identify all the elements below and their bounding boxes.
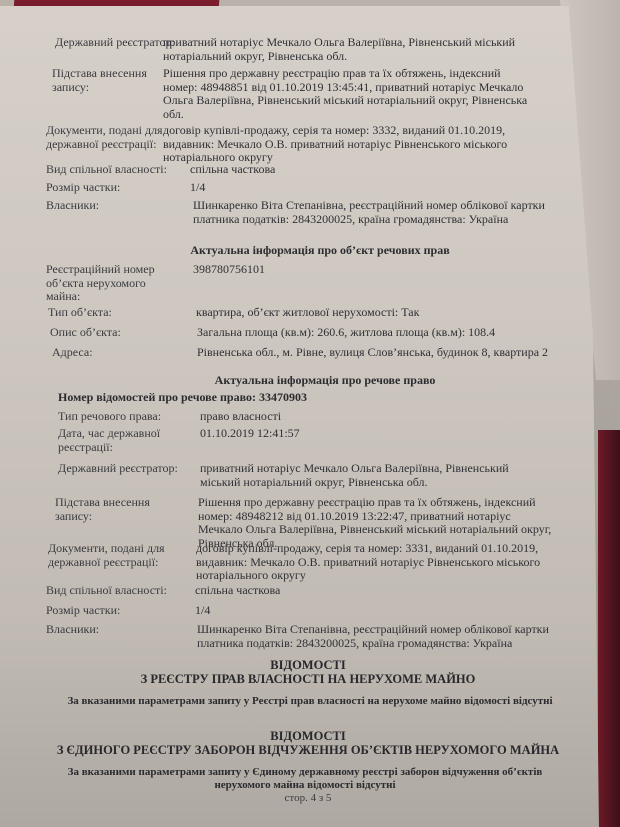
field-label: Державний реєстратор: (55, 36, 175, 50)
field-value: квартира, об’єкт житлової нерухомості: Т… (196, 306, 596, 320)
field-value: Рішення про державну реєстрацію прав та … (163, 67, 538, 121)
field-value: приватний нотаріус Мечкало Ольга Валерії… (163, 36, 523, 63)
field-label: Документи, подані для державної реєстрац… (48, 542, 176, 569)
object-section-title: Актуальна інформація про об’єкт речових … (20, 243, 620, 258)
field-label: Розмір частки: (46, 181, 166, 195)
field-value: спільна часткова (195, 584, 595, 598)
field-label: Власники: (46, 623, 166, 637)
field-label: Вид спільної власності: (46, 584, 186, 598)
field-label: Адреса: (52, 346, 172, 360)
field-label: Розмір частки: (46, 604, 166, 618)
field-value: спільна часткова (190, 163, 590, 177)
field-label: Власники: (46, 199, 166, 213)
registry2-title-line2: З ЄДИНОГО РЕЄСТРУ ЗАБОРОН ВІДЧУЖЕННЯ ОБ’… (8, 743, 608, 757)
field-label: Тип об’єкта: (48, 306, 168, 320)
field-label: Реєстраційний номер об’єкта нерухомого м… (46, 263, 158, 304)
field-label: Документи, подані для державної реєстрац… (46, 124, 174, 151)
field-label: Підстава внесення запису: (55, 496, 155, 523)
field-value: Загальна площа (кв.м): 260.6, житлова пл… (197, 326, 597, 340)
document-page: Державний реєстратор: приватний нотаріус… (0, 6, 605, 827)
field-value: Рівненська обл., м. Рівне, вулиця Слов’я… (197, 346, 597, 360)
page-number: стор. 4 з 5 (8, 792, 608, 804)
field-label: Тип речового права: (58, 410, 178, 424)
field-label: Вид спільної власності: (46, 163, 186, 177)
registry1-title-line2: З РЕЄСТРУ ПРАВ ВЛАСНОСТІ НА НЕРУХОМЕ МАЙ… (8, 672, 608, 686)
field-label: Опис об’єкта: (50, 326, 170, 340)
field-value: договір купівлі-продажу, серія та номер:… (196, 542, 556, 583)
field-value: 398780756101 (193, 263, 593, 277)
field-value: 01.10.2019 12:41:57 (200, 427, 600, 441)
field-value: договір купівлі-продажу, серія та номер:… (163, 124, 538, 165)
field-value: право власності (200, 410, 600, 424)
field-value: Шинкаренко Віта Степанівна, реєстраційни… (197, 623, 567, 650)
field-value: приватний нотаріус Мечкало Ольга Валерії… (200, 462, 550, 489)
field-value: Шинкаренко Віта Степанівна, реєстраційни… (193, 199, 573, 226)
field-label: Державний реєстратор: (58, 462, 198, 476)
field-label: Дата, час державної реєстрації: (58, 427, 168, 454)
right-record-number: Номер відомостей про речове право: 33470… (58, 390, 307, 405)
registry1-title-line1: ВІДОМОСТІ (8, 658, 608, 672)
field-label: Підстава внесення запису: (52, 67, 152, 94)
folder-edge-right (598, 430, 620, 827)
right-section-title: Актуальна інформація про речове право (25, 373, 620, 388)
registry2-title-line1: ВІДОМОСТІ (8, 729, 608, 743)
field-value: 1/4 (190, 181, 590, 195)
registry1-note: За вказаними параметрами запиту у Реєстр… (55, 695, 565, 708)
field-value: 1/4 (195, 604, 595, 618)
registry2-note: За вказаними параметрами запиту у Єдином… (65, 766, 545, 791)
